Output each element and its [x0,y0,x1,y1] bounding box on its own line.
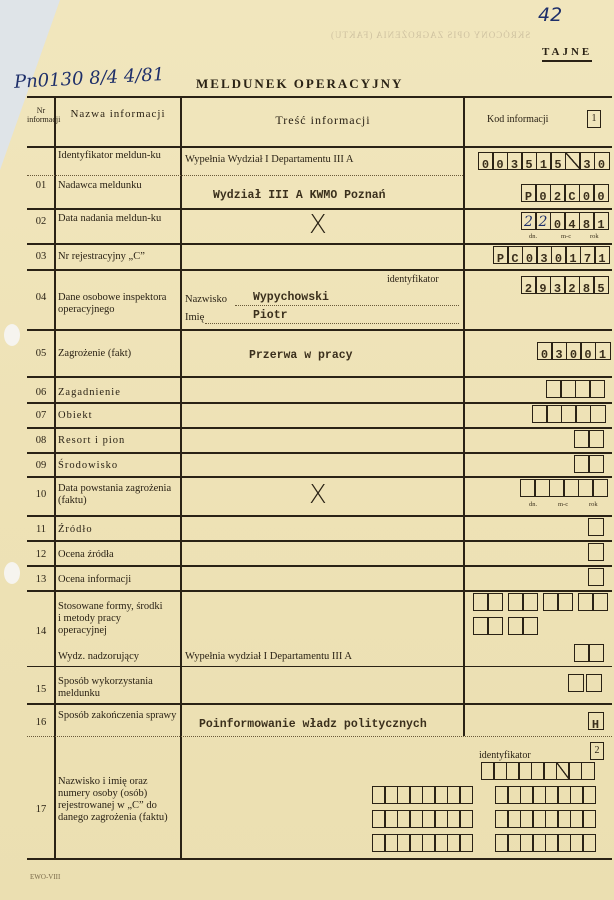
row-nr-17: 17 [27,804,55,816]
code-boxes-11 [589,518,604,536]
code-boxes-10 [521,479,608,497]
row-content-16: Poinformowanie władz politycznych [199,719,427,731]
cross-mark: X [309,212,327,238]
row-divider [27,175,463,176]
code-boxes-07 [533,405,606,423]
code-boxes-02: 2 2 0 4 8 1 [522,212,609,230]
id-boxes-17 [482,762,595,780]
label-month: m-c [561,233,571,240]
row-divider [27,565,612,567]
row-divider [27,376,612,378]
row-nr-12: 12 [27,549,55,561]
row-nr-10: 10 [27,489,55,501]
column-divider [180,96,182,860]
row-subname-14: Wydz. nadzorujący [54,651,183,663]
row-divider [27,452,612,454]
row-name-16: Sposób zakończenia sprawy [54,710,183,722]
row-divider [27,666,612,667]
row-nr-06: 06 [27,387,55,399]
row-nr-03: 03 [27,251,55,263]
firstname-value: Piotr [253,310,288,322]
row-name-05: Zagrożenie (fakt) [54,348,183,360]
cross-mark: X [309,482,327,508]
row-name-06: Zagadnienie [54,387,183,399]
row-nr-01: 01 [27,180,55,192]
id-boxes-17-left [373,786,473,804]
code-boxes-01: P 0 2 C 0 0 [522,184,609,202]
row-name-08: Resort i pion [54,435,183,447]
code-boxes-15 [569,674,602,692]
row-nr-04: 04 [27,292,55,304]
code-boxes-04: 2 9 3 2 8 5 [522,276,609,294]
id-boxes-17-right [496,810,596,828]
header-code: Kod informacji [487,114,548,125]
row-name-14: Stosowane formy, środki i metody pracy o… [54,601,168,637]
id-boxes-17-left [373,834,473,852]
row-name-07: Obiekt [54,410,183,422]
row-divider [27,476,612,478]
surname-value: Wypychowski [253,292,329,304]
row-name-11: Źródło [54,524,183,536]
header-nr: Nr informacji [27,106,55,124]
row-divider [27,736,612,737]
column-divider [54,96,56,860]
dotted-line [205,323,459,324]
row-nr-07: 07 [27,410,55,422]
row-divider [27,96,612,98]
code-boxes-14a [474,593,608,611]
identyfikator-label: identyfikator [479,750,531,762]
row-name-10: Data powstania zagrożenia (faktu) [54,483,183,507]
row-nr-08: 08 [27,435,55,447]
row-divider [27,402,612,404]
code-boxes-09 [575,455,604,473]
row-divider [27,858,612,860]
code-boxes-08 [575,430,604,448]
row-nr-05: 05 [27,348,55,360]
row-divider [27,427,612,429]
row-name-13: Ocena informacji [54,574,183,586]
row-nr-15: 15 [27,684,55,696]
row-nr-13: 13 [27,574,55,586]
row-nr-11: 11 [27,524,55,536]
code-boxes-14c [575,644,604,662]
row-name-12: Ocena źródła [54,549,183,561]
dotted-line [235,305,459,306]
row-divider [27,590,612,592]
label-year: rok [589,501,598,508]
row-name-01: Nadawca meldunku [54,180,183,192]
row-divider [27,269,612,271]
code-boxes-identyfikator: 0 0 3 5 1 5 3 0 [479,152,610,170]
identyfikator-label: identyfikator [387,274,439,286]
id-boxes-17-right [496,786,596,804]
row-nr-02: 02 [27,216,55,228]
code-boxes-03: P C 0 3 0 1 7 1 [494,246,610,264]
page-title: MELDUNEK OPERACYJNY [196,76,403,92]
code-page-box: 1 [587,110,601,128]
row-name-03: Nr rejestracyjny „C” [54,251,183,263]
classification-stamp: TAJNE [542,46,592,62]
label-year: rok [590,233,599,240]
code-boxes-14b [474,617,538,635]
row-divider [27,146,612,148]
row-subcontent-14: Wypełnia wydział I Departamentu III A [185,651,352,663]
column-divider [463,96,465,736]
code-page-box: 2 [590,742,604,760]
form-code: EWO-VIII [30,873,60,881]
label-month: m-c [558,501,568,508]
punch-hole [4,324,20,346]
code-boxes-13 [589,568,604,586]
row-divider [27,540,612,542]
row-nr-16: 16 [27,717,55,729]
surname-label: Nazwisko [185,294,227,306]
row-nr-14: 14 [27,626,55,638]
row-content-05: Przerwa w pracy [249,350,353,362]
code-boxes-05: 0 3 0 0 1 [538,342,611,360]
firstname-label: Imię [185,312,204,324]
row-content-01: Wydział III A KWMO Poznań [213,190,386,202]
label-day: dn. [529,233,537,240]
row-name-15: Sposób wykorzystania meldunku [54,676,183,700]
code-boxes-16: H [589,712,604,730]
row-content-identyfikator: Wypełnia Wydział I Departamentu III A [185,154,354,166]
id-boxes-17-right [496,834,596,852]
row-divider [27,243,612,245]
id-boxes-17-left [373,810,473,828]
bleed-through-text: SKRÓCONY OPIS ZAGROŻENIA (FAKTU) [330,30,530,40]
row-name-identyfikator: Identyfikator meldun-ku [54,150,183,162]
row-divider [27,703,612,705]
header-name: Nazwa informacji [57,108,179,120]
code-boxes-06 [547,380,605,398]
row-name-17: Nazwisko i imię oraz numery osoby (osób)… [54,776,173,824]
report-form-table: Nr informacji Nazwa informacji Treść inf… [27,96,612,860]
row-name-04: Dane osobowe inspektora operacyjnego [54,292,183,316]
row-name-09: Środowisko [54,460,183,472]
page-number: 42 [538,4,562,26]
header-content: Treść informacji [183,114,463,126]
punch-hole [4,562,20,584]
code-boxes-12 [589,543,604,561]
row-nr-09: 09 [27,460,55,472]
row-name-02: Data nadania meldun-ku [54,213,183,225]
row-divider [27,329,612,331]
row-divider [27,515,612,517]
label-day: dn. [529,501,537,508]
